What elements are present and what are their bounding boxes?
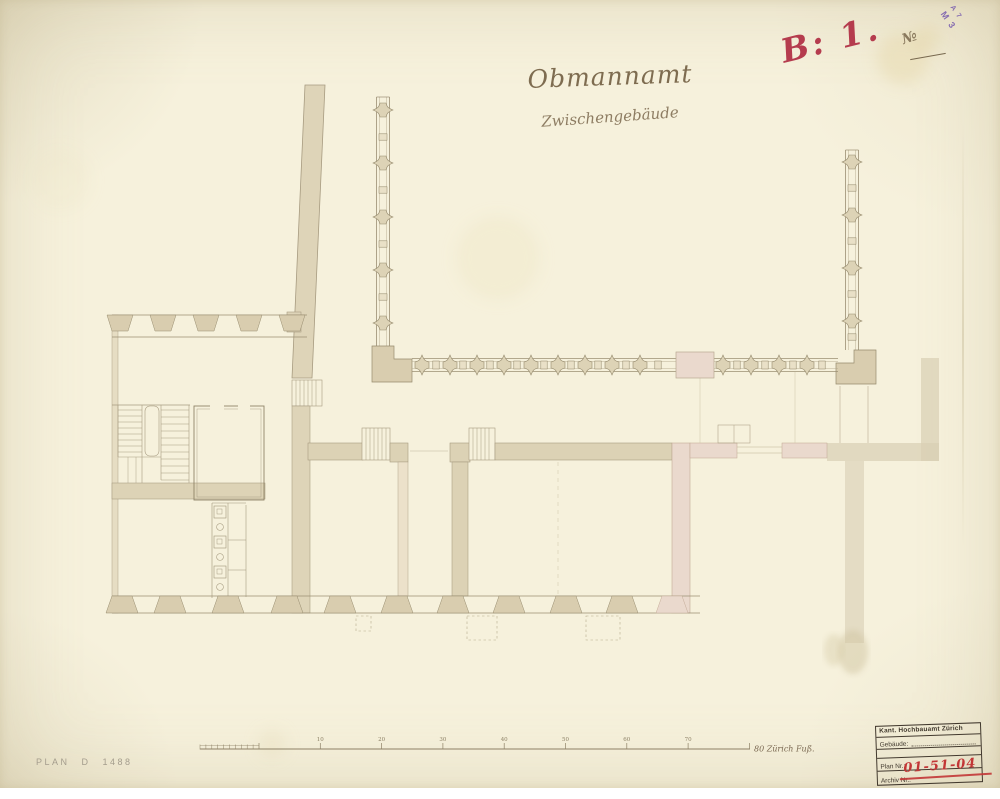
scale-tick-label: 50	[562, 737, 569, 743]
hochbauamt-stamp-box: Kant. Hochbauamt Zürich Gebäude: Plan Nr…	[875, 722, 983, 786]
numero-sign: №	[900, 28, 919, 48]
paper-stains	[30, 24, 941, 758]
gallery-pink-pier	[676, 352, 714, 378]
scale-tick-label: 20	[378, 737, 385, 743]
pencil-inventory-note: PLAN D 1488	[36, 757, 133, 767]
scale-tick-label: 10	[317, 737, 324, 743]
floor-plan-drawing: 10 20 30 40 50 60 70 80 Zürich Fuß.	[0, 0, 1000, 799]
faint-right-walls	[824, 358, 939, 674]
stamp-plan-nr-label: Plan Nr.:	[880, 763, 905, 771]
left-block	[107, 315, 307, 613]
scale-tick-label: 30	[439, 737, 446, 743]
south-wing	[292, 372, 827, 613]
scale-tick-label: 40	[501, 737, 508, 743]
stamp-building-label: Gebäude:	[880, 741, 909, 749]
scale-tick-label: 60	[623, 737, 630, 743]
left-colonnade	[372, 97, 412, 382]
diagonal-wall	[287, 85, 325, 406]
staircase	[112, 405, 190, 485]
stamp-underline	[910, 53, 946, 61]
toilet-cells	[212, 503, 246, 598]
plan-sheet: 10 20 30 40 50 60 70 80 Zürich Fuß. Obma…	[0, 0, 1000, 788]
south-facade-wall	[106, 596, 700, 640]
right-colonnade	[836, 150, 876, 384]
archive-corner-stamp: A 7 M 3 №	[896, 6, 992, 72]
scale-tick-label: 70	[685, 737, 692, 743]
gallery-colonnade	[412, 352, 838, 378]
purple-stamp: A 7 M 3	[938, 4, 966, 31]
cross-wall	[112, 483, 265, 499]
scale-bar: 10 20 30 40 50 60 70 80 Zürich Fuß.	[200, 737, 815, 754]
scale-unit-label: 80 Zürich Fuß.	[754, 745, 815, 754]
